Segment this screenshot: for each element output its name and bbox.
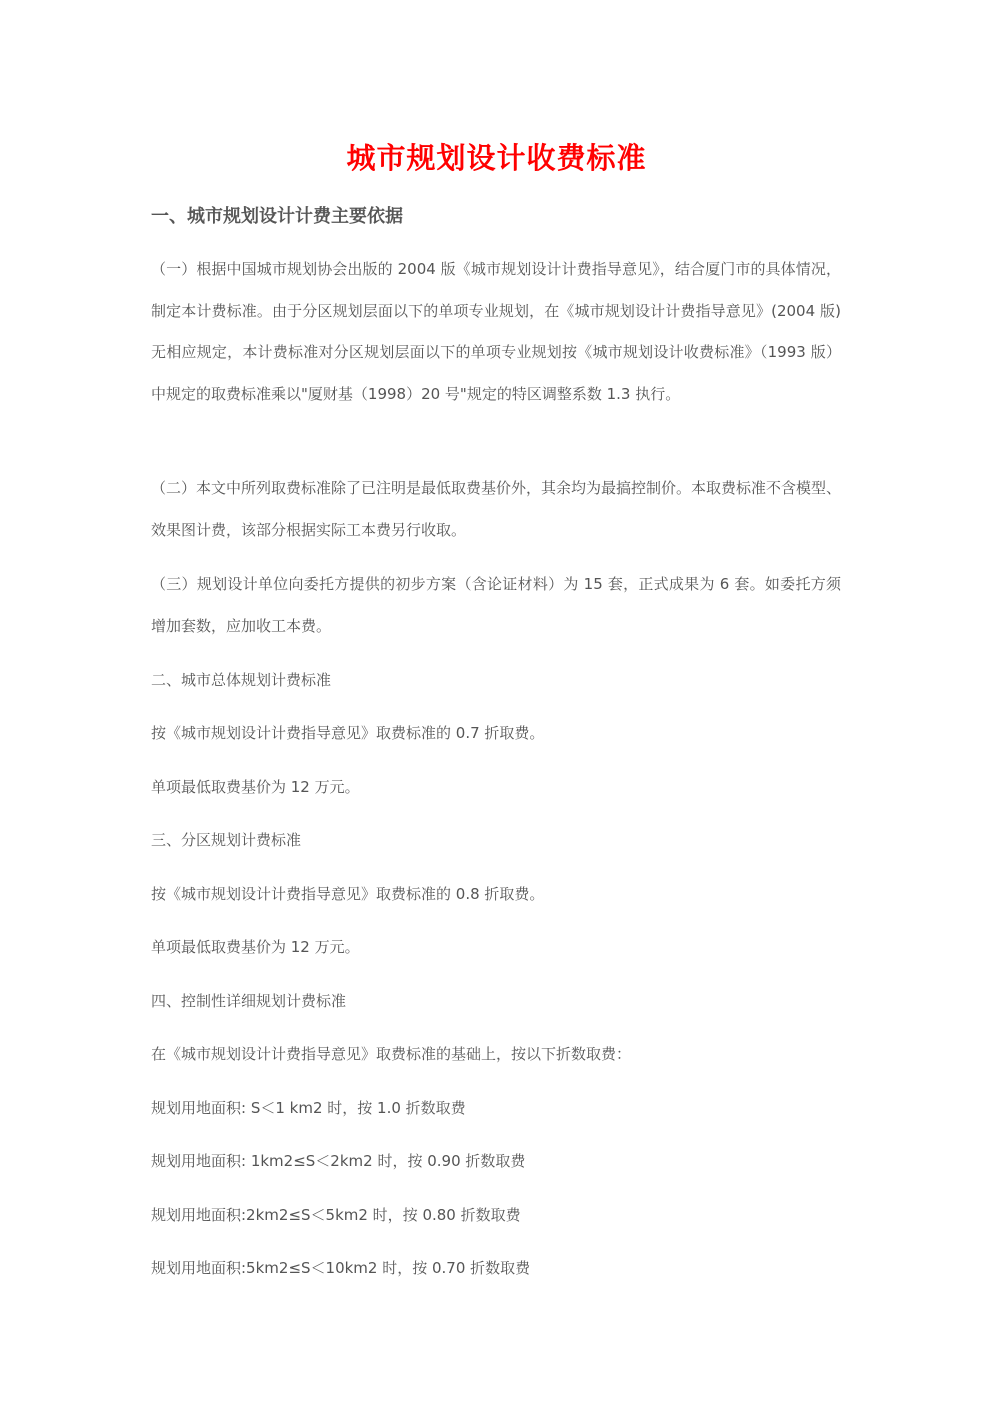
section-1-paragraph-2: （二）本文中所列取费标准除了已注明是最低取费基价外，其余均为最搞控制价。本取费标… [151, 468, 841, 551]
document-page: 城市规划设计收费标准 一、城市规划设计计费主要依据 （一）根据中国城市规划协会出… [0, 0, 993, 1404]
section-4-rule: 规划用地面积:5km2≤S＜10km2 时，按 0.70 折数取费 [151, 1256, 530, 1280]
section-4-intro: 在《城市规划设计计费指导意见》取费标准的基础上，按以下折数取费： [151, 1042, 631, 1066]
section-3-line-2: 单项最低取费基价为 12 万元。 [151, 935, 360, 959]
section-2-line-2: 单项最低取费基价为 12 万元。 [151, 775, 360, 799]
section-1-paragraph-1: （一）根据中国城市规划协会出版的 2004 版《城市规划设计计费指导意见》，结合… [151, 249, 841, 415]
section-2-heading: 二、城市总体规划计费标准 [151, 668, 331, 692]
section-2-line-1: 按《城市规划设计计费指导意见》取费标准的 0.7 折取费。 [151, 721, 544, 745]
section-1-heading: 一、城市规划设计计费主要依据 [151, 203, 403, 231]
section-4-rule: 规划用地面积:2km2≤S＜5km2 时，按 0.80 折数取费 [151, 1203, 521, 1227]
section-3-line-1: 按《城市规划设计计费指导意见》取费标准的 0.8 折取费。 [151, 882, 544, 906]
section-4-heading: 四、控制性详细规划计费标准 [151, 989, 346, 1013]
section-3-heading: 三、分区规划计费标准 [151, 828, 301, 852]
document-title: 城市规划设计收费标准 [0, 138, 993, 178]
section-4-rule: 规划用地面积: S＜1 km2 时，按 1.0 折数取费 [151, 1096, 466, 1120]
section-4-rule: 规划用地面积: 1km2≤S＜2km2 时，按 0.90 折数取费 [151, 1149, 525, 1173]
section-1-paragraph-3: （三）规划设计单位向委托方提供的初步方案（含论证材料）为 15 套，正式成果为 … [151, 564, 841, 647]
